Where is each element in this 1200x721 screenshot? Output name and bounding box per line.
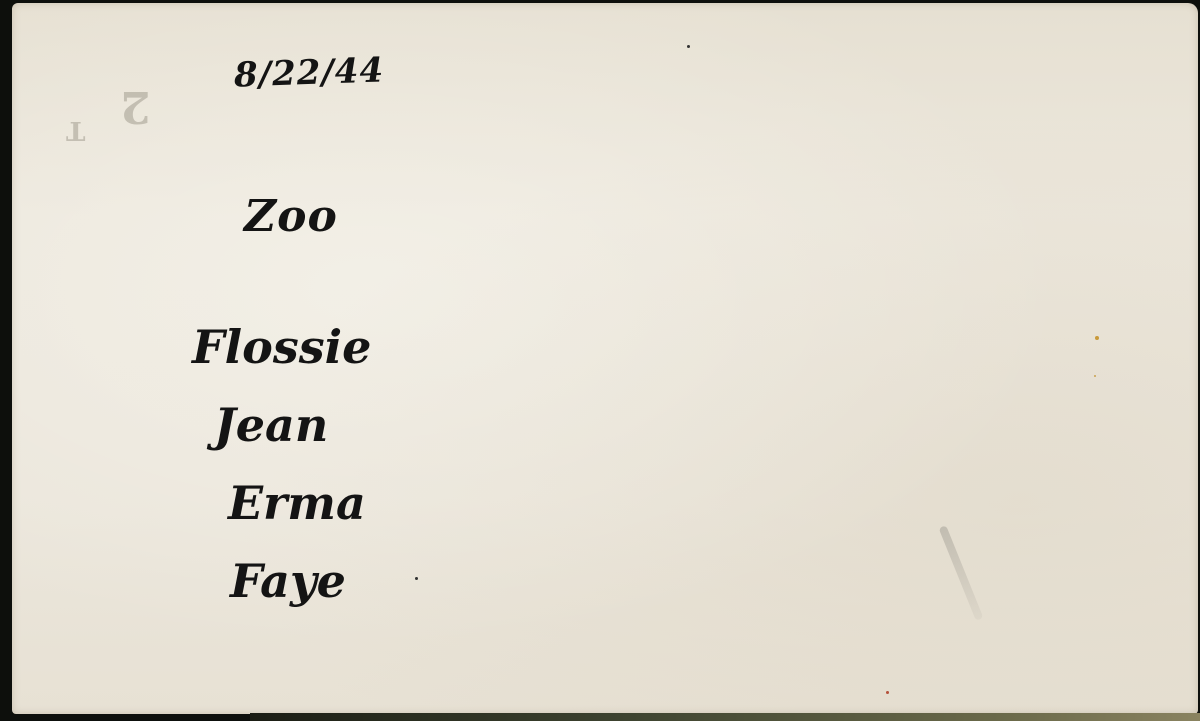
background-edge [250,713,1200,721]
name-2: Jean [214,386,371,464]
stain-speck [687,45,690,48]
stain-speck [1094,375,1096,377]
stain-speck [1095,336,1099,340]
handwritten-names: Flossie Jean Erma Faye [192,308,371,620]
pencil-smudge [939,525,984,621]
name-4: Faye [230,542,371,620]
faint-stamp-mark: T [66,115,85,145]
name-1: Flossie [192,308,371,386]
stain-speck [415,577,418,580]
handwritten-date: 8/22/44 [233,50,384,95]
name-3: Erma [228,464,371,542]
faint-stamp-number: 2 [120,81,151,132]
handwritten-location: Zoo [244,191,338,242]
photo-card-back: 2 T 8/22/44 Zoo Flossie Jean Erma Faye [12,3,1198,714]
stain-speck [886,691,889,694]
